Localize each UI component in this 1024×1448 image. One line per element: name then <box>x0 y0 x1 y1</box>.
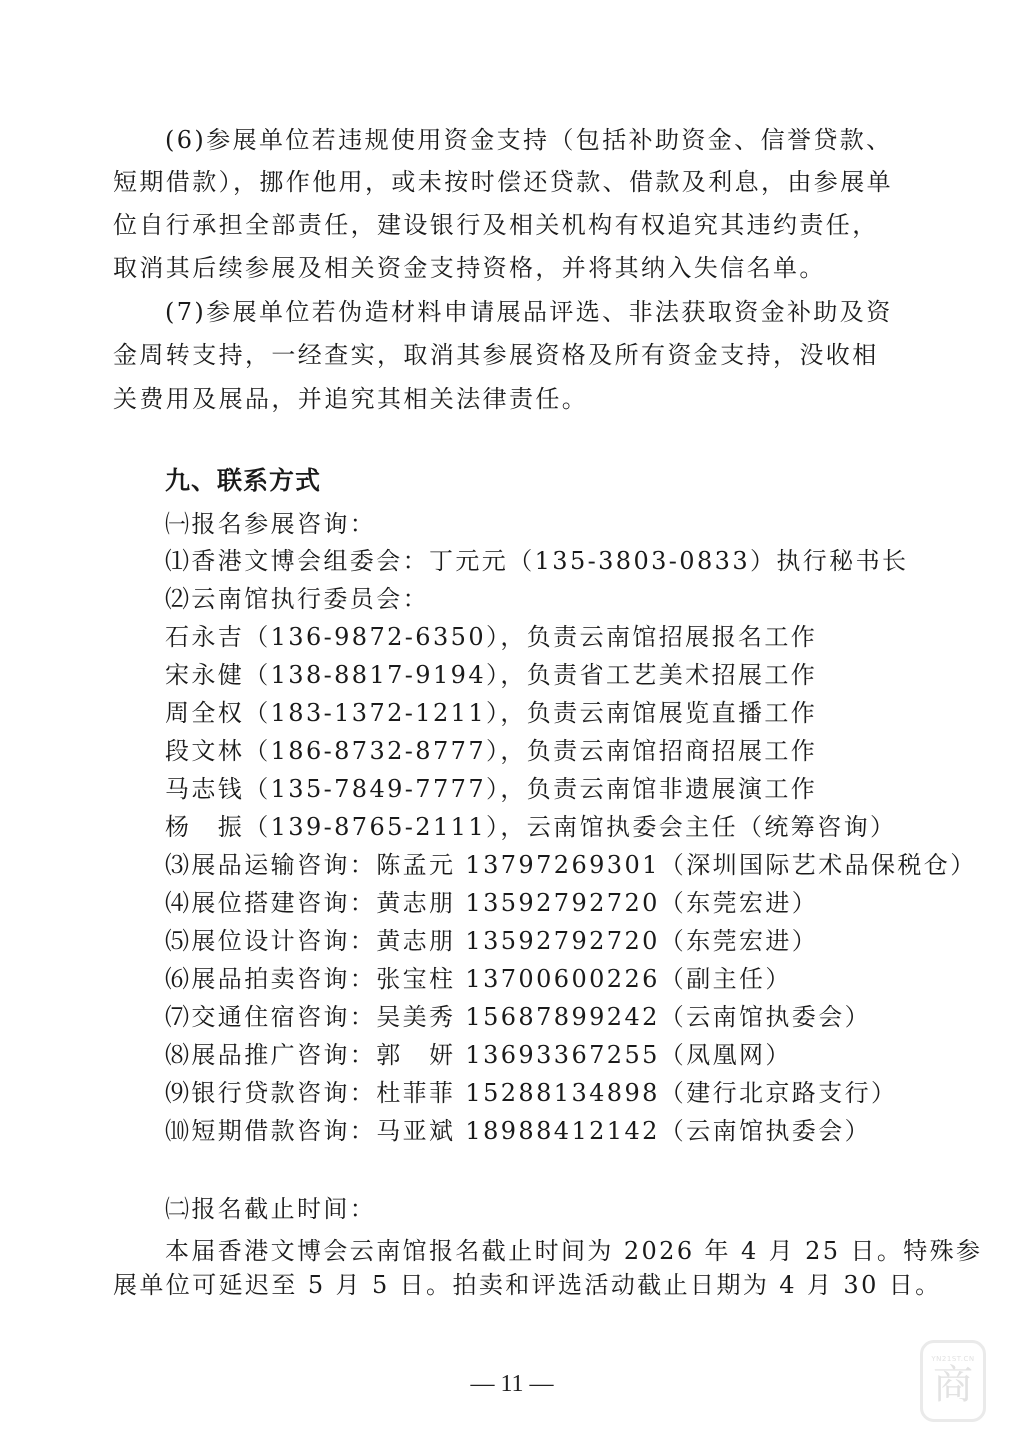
subsection-title: ㈠报名参展咨询： <box>165 509 376 539</box>
consult-item: ⑻展品推广咨询：郭 妍 13693367255（凤凰网） <box>165 1040 792 1070</box>
consult-item: ⑶展品运输咨询：陈孟元 13797269301（深圳国际艺术品保税仓） <box>165 850 977 880</box>
section-heading: 九、联系方式 <box>165 466 321 496</box>
paragraph-line: 本届香港文博会云南馆报名截止时间为 2026 年 4 月 25 日。特殊参 <box>165 1236 982 1266</box>
consult-item: ⑺交通住宿咨询：吴美秀 15687899242（云南馆执委会） <box>165 1002 871 1032</box>
committee-member: 马志钱（135-7849-7777），负责云南馆非遗展演工作 <box>165 774 817 804</box>
consult-item: ⑷展位搭建咨询：黄志朋 13592792720（东莞宏进） <box>165 888 818 918</box>
subsection-item-title: ⑵云南馆执行委员会： <box>165 584 429 614</box>
contact-line: ⑴香港文博会组委会：丁元元（135-3803-0833）执行秘书长 <box>165 546 908 576</box>
paragraph-line: (7)参展单位若伪造材料申请展品评选、非法获取资金补助及资 <box>165 297 893 327</box>
paragraph-line: 展单位可延迟至 5 月 5 日。拍卖和评选活动截止日期为 4 月 30 日。 <box>113 1270 942 1300</box>
paragraph-line: 金周转支持，一经查实，取消其参展资格及所有资金支持，没收相 <box>113 340 879 370</box>
consult-item: ⑹展品拍卖咨询：张宝柱 13700600226（副主任） <box>165 964 792 994</box>
consult-item: ⑼银行贷款咨询：杜菲菲 15288134898（建行北京路支行） <box>165 1078 897 1108</box>
consult-item: ⑽短期借款咨询：马亚斌 18988412142（云南馆执委会） <box>165 1116 871 1146</box>
consult-item: ⑸展位设计咨询：黄志朋 13592792720（东莞宏进） <box>165 926 818 956</box>
watermark-logo: YN21ST.CN 商 <box>920 1340 986 1422</box>
committee-member: 段文林（186-8732-8777），负责云南馆招商招展工作 <box>165 736 817 766</box>
subsection-title: ㈡报名截止时间： <box>165 1194 376 1224</box>
page-number: — 11 — <box>0 1371 1024 1398</box>
committee-member: 周全权（183-1372-1211），负责云南馆展览直播工作 <box>165 698 817 728</box>
committee-member: 石永吉（136-9872-6350），负责云南馆招展报名工作 <box>165 622 817 652</box>
shang-logo-icon: 商 <box>933 1363 973 1407</box>
paragraph-line: 短期借款），挪作他用，或未按时偿还贷款、借款及利息，由参展单 <box>113 167 893 197</box>
paragraph-line: (6)参展单位若违规使用资金支持（包括补助资金、信誉贷款、 <box>165 125 893 155</box>
paragraph-line: 关费用及展品，并追究其相关法律责任。 <box>113 384 588 414</box>
paragraph-line: 取消其后续参展及相关资金支持资格，并将其纳入失信名单。 <box>113 253 826 283</box>
paragraph-line: 位自行承担全部责任，建设银行及相关机构有权追究其违约责任， <box>113 210 879 240</box>
committee-member: 宋永健（138-8817-9194），负责省工艺美术招展工作 <box>165 660 817 690</box>
committee-member: 杨 振（139-8765-2111），云南馆执委会主任（统筹咨询） <box>165 812 896 842</box>
